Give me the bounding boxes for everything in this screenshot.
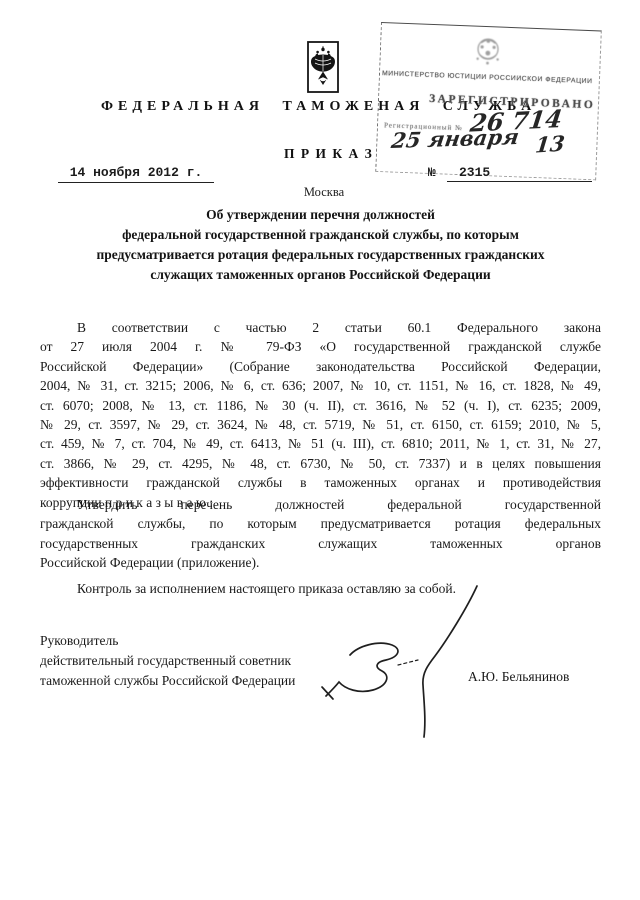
doc-date: 14 ноября 2012 г. (58, 165, 214, 183)
minjust-emblem-icon (468, 30, 508, 71)
text-line: федеральной государственной гражданской … (40, 225, 601, 245)
signer-name: А.Ю. Бельянинов (468, 669, 569, 685)
paragraph-approval: Утвердить перечень должностей федерально… (40, 495, 601, 573)
doc-city: Москва (0, 185, 640, 200)
text-line: В соответствии с частью 2 статьи 60.1 Фе… (40, 318, 601, 337)
fts-coat-of-arms-icon (307, 41, 339, 93)
text-line: № 29, ст. 3597, № 29, ст. 3624, № 48, ст… (40, 415, 601, 434)
text-line: ст. 6070; 2008, № 13, ст. 1186, № 30 (ч.… (40, 396, 601, 415)
stamp-reg-date-handwritten: 25 января (390, 124, 521, 153)
doc-number: 2315 (447, 165, 592, 182)
paragraph-legal-basis: В соответствии с частью 2 статьи 60.1 Фе… (40, 318, 601, 512)
stamp-ministry-line: МИНИСТЕРСТВО ЮСТИЦИИ РОССИЙСКОЙ ФЕДЕРАЦИ… (382, 70, 597, 85)
text-line: ст. 3866, № 29, ст. 4295, № 48, ст. 6730… (40, 454, 601, 473)
text-line: Контроль за исполнением настоящего прика… (40, 579, 601, 598)
signer-position: Руководительдействительный государственн… (40, 631, 400, 691)
registration-stamp: МИНИСТЕРСТВО ЮСТИЦИИ РОССИЙСКОЙ ФЕДЕРАЦИ… (375, 22, 602, 180)
text-line: ст. 459, № 7, ст. 704, № 49, ст. 6413, №… (40, 434, 601, 453)
text-line: Российской Федерации (приложение). (40, 553, 601, 572)
stamp-reg-year-handwritten: 13 (534, 130, 566, 157)
text-line: государственных гражданских служащих там… (40, 534, 601, 553)
text-line: гражданской службы, по которым предусмат… (40, 514, 601, 533)
text-line: предусматривается ротация федеральных го… (40, 245, 601, 265)
text-line: служащих таможенных органов Российской Ф… (40, 265, 601, 285)
number-sign: № (428, 165, 436, 180)
text-line: действительный государственный советник (40, 651, 400, 671)
doc-type-heading: П Р И К А З (284, 146, 373, 162)
text-line: Утвердить перечень должностей федерально… (40, 495, 601, 514)
text-line: Руководитель (40, 631, 400, 651)
text-line: от 27 июля 2004 г. № 79-ФЗ «О государств… (40, 337, 601, 356)
text-line: таможенной службы Российской Федерации (40, 671, 400, 691)
paragraph-control: Контроль за исполнением настоящего прика… (40, 579, 601, 598)
text-line: Об утверждении перечня должностей (40, 205, 601, 225)
document-page: ФЕДЕРАЛЬНАЯ ТАМОЖЕНАЯ СЛУЖБА МИНИСТЕРСТВ… (0, 0, 640, 900)
text-line: 2004, № 31, ст. 3215; 2006, № 6, ст. 636… (40, 376, 601, 395)
text-line: Российской Федерации» (Собрание законода… (40, 357, 601, 376)
doc-title: Об утверждении перечня должностейфедерал… (40, 205, 601, 285)
text-line: эффективности гражданской службы в тамож… (40, 473, 601, 492)
